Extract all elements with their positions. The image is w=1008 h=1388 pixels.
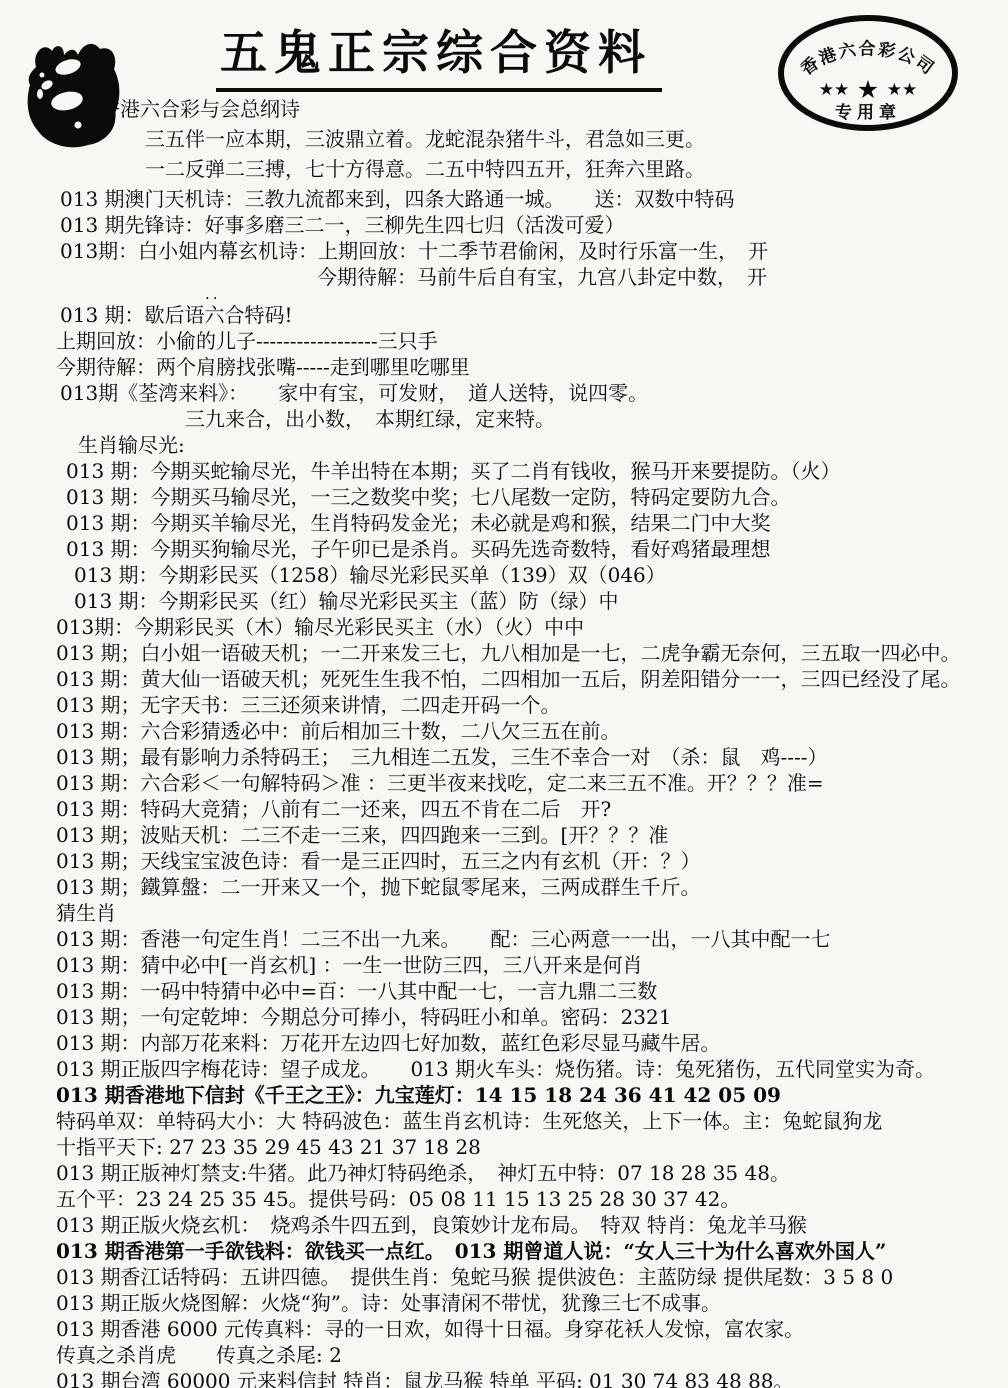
doc-line: 013 期：歇后语六合特码!	[60, 302, 1008, 328]
document-body: 香港六合彩与会总纲诗 三五伴一应本期，三波鼎立着。龙蛇混杂猪牛斗，君急如三更。 …	[0, 96, 1008, 1388]
doc-line: 013期：白小姐内幕玄机诗：上期回放：十二季节君偷闲，及时行乐富一生， 开	[60, 238, 1008, 264]
doc-line: 013 期：黄大仙一语破天机；死死生生我不怕，二四相加一五后，阴差阳错分一一，三…	[56, 666, 1008, 692]
document-header: 五鬼正宗综合资料 香港六合彩公司 ★★ ★ ★★ 专用章	[0, 0, 1008, 96]
seal-arc-text: 香港六合彩公司	[797, 39, 939, 80]
doc-line: 一二反弹二三搏，七十方得意。二五中特四五开，狂奔六里路。	[145, 156, 1008, 182]
doc-line: 013 期香江话特码：五讲四德。 提供生肖：兔蛇马猴 提供波色：主蓝防绿 提供尾…	[56, 1264, 1008, 1290]
doc-line: ..	[205, 290, 1008, 302]
doc-line: 传真之杀肖虎 传真之杀尾: 2	[56, 1342, 1008, 1368]
doc-line: 013 期：今期买马输尽光，一三之数奖中奖；七八尾数一定防，特码定要防九合。	[66, 484, 1008, 510]
doc-line: 今期待解：马前牛后自有宝，九宫八卦定中数， 开	[317, 264, 1008, 290]
doc-line: 013期《荃湾来料》： 家中有宝，可发财， 道人送特，说四零。	[60, 380, 1008, 406]
doc-line: 013 期；无字天书：三三还须来讲情，二四走开码一个。	[56, 692, 1008, 718]
doc-line: 013 期：今期彩民买（红）输尽光彩民买主（蓝）防（绿）中	[74, 588, 1008, 614]
seal-stars-right: ★★	[887, 80, 917, 100]
doc-line: 013 期正版火烧图解：火烧“狗”。诗：处事清闲不带忧，犹豫三七不成事。	[56, 1290, 1008, 1316]
doc-line: 五个平：23 24 25 35 45。提供号码：05 08 11 15 13 2…	[56, 1186, 1008, 1212]
doc-line: 013 期香港 6000 元传真料：寻的一日欢，如得十日福。身穿花袄人发惊，富农…	[56, 1316, 1008, 1342]
seal-star-center: ★	[857, 75, 879, 104]
doc-line: 013 期澳门天机诗：三教九流都来到，四条大路通一城。 送：双数中特码	[60, 186, 1008, 212]
doc-line: 今期待解：两个肩膀找张嘴-----走到哪里吃哪里	[56, 354, 1008, 380]
doc-line: 013 期：六合彩猜透必中：前后相加三十数，二八欠三五在前。	[56, 718, 1008, 744]
doc-line: 013 期：今期买羊输尽光，生肖特码发金光；未必就是鸡和猴，结果二门中大奖	[66, 510, 1008, 536]
doc-line: 013 期正版四字梅花诗：望子成龙。 013 期火车头：烧伤猪。诗：兔死猪伤，五…	[56, 1056, 1008, 1082]
doc-line: 013 期：一码中特猜中必中=百：一八其中配一七，一言九鼎二三数	[56, 978, 1008, 1004]
doc-line: 013 期；最有影响力杀特码王； 三九相连二五发，三生不幸合一对 （杀：鼠 鸡-…	[56, 744, 1008, 770]
doc-line: 013 期；一句定乾坤：今期总分可捧小，特码旺小和单。密码：2321	[56, 1004, 1008, 1030]
doc-line: 013 期香港第一手欲钱料：欲钱买一点红。 013 期曾道人说：“女人三十为什么…	[56, 1238, 1008, 1264]
doc-line: 013 期：猜中必中[一肖玄机] ：一生一世防三四，三八开来是何肖	[56, 952, 1008, 978]
doc-line: 猜生肖	[56, 900, 1008, 926]
ghost-ink-blot-icon	[20, 33, 122, 151]
doc-line: 013 期；白小姐一语破天机；一二开来发三七，九八相加是一七，二虎争霸无奈何，三…	[56, 640, 1008, 666]
doc-line: 013 期先锋诗：好事多磨三二一，三柳先生四七归（活泼可爱）	[60, 212, 1008, 238]
doc-line: 013 期香港地下信封《千王之王》：九宝莲灯：14 15 18 24 36 41…	[56, 1082, 1008, 1108]
doc-line: 013 期；鐵算盤：二一开来又一个，抛下蛇鼠零尾来，三两成群生千斤。	[56, 874, 1008, 900]
doc-line: 013 期；天线宝宝波色诗：看一是三正四时，五三之内有玄机（开：？）	[56, 848, 1008, 874]
doc-line: 013 期：特码大竞猜；八前有二一还来，四五不肯在二后 开?	[56, 796, 1008, 822]
doc-line: 013期：今期彩民买（木）输尽光彩民买主（水）（火）中中	[56, 614, 1008, 640]
seal-label: 专用章	[835, 102, 901, 123]
doc-line: 013 期：今期买蛇输尽光，牛羊出特在本期；买了二肖有钱收，猴马开来要提防。（火…	[66, 458, 1008, 484]
doc-line: 013 期；波贴天机：二三不走一三来，四四跑来一三到。[开？？？准	[56, 822, 1008, 848]
doc-line: 013 期：香港一句定生肖！二三不出一九来。 配：三心两意一一出，一八其中配一七	[56, 926, 1008, 952]
doc-line: 013 期正版火烧玄机： 烧鸡杀牛四五到，良策妙计龙布局。 特双 特肖：兔龙羊马…	[56, 1212, 1008, 1238]
seal-stars-left: ★★	[819, 80, 849, 100]
doc-line: 013 期：六合彩＜一句解特码＞准 ：三更半夜来找吃，定二来三五不准。开？？？准…	[56, 770, 1008, 796]
page-title: 五鬼正宗综合资料	[216, 16, 662, 92]
doc-line: 013 期：今期彩民买（1258）输尽光彩民买单（139）双（046）	[74, 562, 1008, 588]
company-seal-stamp: 香港六合彩公司 ★★ ★ ★★ 专用章	[772, 12, 964, 136]
doc-line: 上期回放：小偷的儿子------------------三只手	[56, 328, 1008, 354]
doc-line: 013 期正版神灯禁支:牛猪。此乃神灯特码绝杀， 神灯五中特：07 18 28 …	[56, 1160, 1008, 1186]
doc-line: 生肖输尽光:	[78, 432, 1008, 458]
doc-line: 013 期：今期买狗输尽光，子午卯已是杀肖。买码先选奇数特，看好鸡猪最理想	[66, 536, 1008, 562]
doc-line: 特码单双：单特码大小：大 特码波色：蓝生肖玄机诗：生死悠关，上下一体。主：兔蛇鼠…	[56, 1108, 1008, 1134]
doc-line: 013 期台湾 60000 元来料信封 特肖：鼠龙马猴 特单 平码: 01 30…	[56, 1368, 1008, 1388]
doc-line: 十指平天下: 27 23 35 29 45 43 21 37 18 28	[56, 1134, 1008, 1160]
doc-line: 三九来合，出小数， 本期红绿，定来特。	[185, 406, 1008, 432]
doc-line: 013 期：内部万花来料：万花开左边四七好加数，蓝红色彩尽显马藏牛居。	[56, 1030, 1008, 1056]
